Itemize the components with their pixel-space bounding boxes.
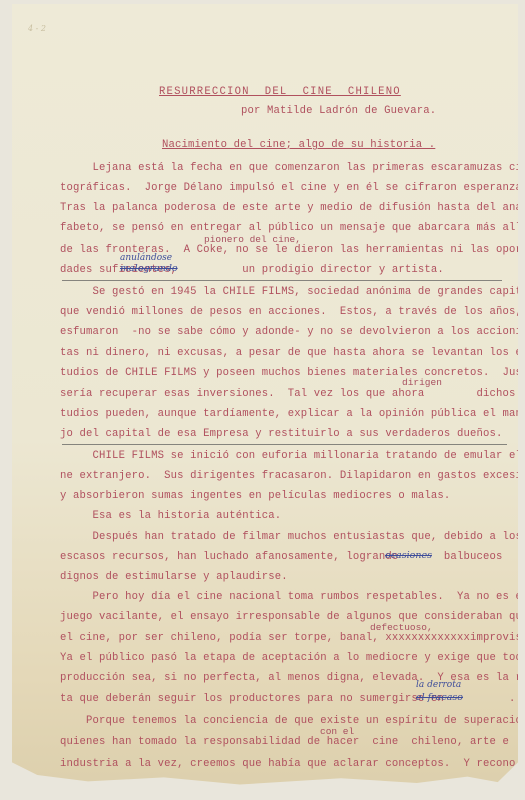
page-corner-mark: 4 - 2 <box>28 24 46 33</box>
text-line: ne extranjero. Sus dirigentes fracasaron… <box>60 470 525 482</box>
typed-insertion: dirigen <box>402 377 442 388</box>
text-line: Esa es la historia auténtica. <box>60 510 281 522</box>
text-line: y absorbieron sumas ingentes en película… <box>60 490 450 502</box>
text-line: tudios pueden, aunque tardíamente, expli… <box>60 408 525 420</box>
text-line: quienes han tomado la responsabilidad de… <box>60 736 509 748</box>
text-line: Pero hoy día el cine nacional toma rumbo… <box>60 591 525 603</box>
text-line: Se gestó en 1945 la CHILE FILMS, socieda… <box>60 286 525 298</box>
pencil-rule <box>62 444 507 445</box>
text-line: escasos recursos, han luchado afanosamen… <box>60 551 503 563</box>
document-page: 4 - 2 RESURRECCION DEL CINE CHILENO por … <box>12 4 518 794</box>
text-line: juego vacilante, el ensayo irresponsable… <box>60 611 525 623</box>
text-line: dignos de estimularse y aplaudirse. <box>60 571 288 583</box>
document-title: RESURRECCION DEL CINE CHILENO <box>159 86 401 98</box>
struck-handwritten-word: malogrando <box>120 263 178 274</box>
text-line: esfumaron -no se sabe cómo y adonde- y n… <box>60 326 525 338</box>
text-line: dades suficientes, un prodigio director … <box>60 264 444 276</box>
text-line: jo del capital de esa Empresa y restitui… <box>60 428 503 440</box>
text-line: que vendió millones de pesos en acciones… <box>60 306 525 318</box>
text-line: tográficas. Jorge Délano impulsó el cine… <box>60 182 525 194</box>
pencil-rule <box>62 280 502 281</box>
section-heading: Nacimiento del cine; algo de su historia… <box>162 139 435 151</box>
text-line: fabeto, se pensó en entregar al público … <box>60 222 525 234</box>
struck-handwritten-word: ocasiones <box>385 550 432 561</box>
text-line: tudios de CHILE FILMS y poseen muchos bi… <box>60 367 525 379</box>
text-line: tas ni dinero, ni excusas, a pesar de qu… <box>60 347 525 359</box>
text-line: CHILE FILMS se inició con euforia millon… <box>60 450 525 462</box>
text-line: el cine, por ser chileno, podía ser torp… <box>60 632 525 644</box>
text-line: Lejana está la fecha en que comenzaron l… <box>60 162 525 174</box>
author-byline: por Matilde Ladrón de Guevara. <box>241 105 436 117</box>
handwritten-annotation: anulándose <box>120 253 172 263</box>
text-line: industria a la vez, creemos que había qu… <box>60 758 516 770</box>
struck-handwritten-word: el fracaso <box>416 692 463 703</box>
text-line: Porque tenemos la conciencia de que exis… <box>60 715 525 727</box>
text-line: Tras la palanca poderosa de este arte y … <box>60 202 525 214</box>
text-line: sería recuperar esas inversiones. Tal ve… <box>60 388 525 400</box>
text-line: Después han tratado de filmar muchos ent… <box>60 531 522 543</box>
handwritten-annotation: la derrota <box>416 680 461 690</box>
text-line: Ya el público pasó la etapa de aceptació… <box>60 652 525 664</box>
